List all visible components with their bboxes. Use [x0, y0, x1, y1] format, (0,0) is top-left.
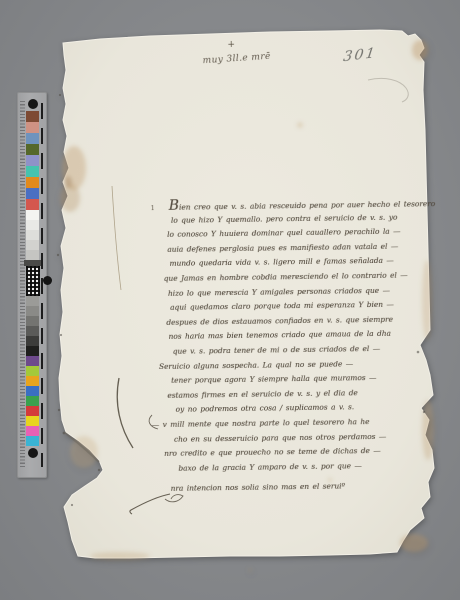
manuscript-line: nra intencion nos solia sino mas en el s… — [171, 478, 433, 496]
heading-inscription: muy 3ll.e mrē — [202, 52, 271, 66]
folio-number: 301 — [342, 45, 377, 65]
page-content: + muy 3ll.e mrē 301 1 Bien creo que v. s… — [0, 0, 460, 600]
heading-cross: + — [227, 40, 235, 50]
manuscript-line: baxo de la gracia Y amparo de v. s. por … — [178, 458, 432, 476]
manuscript-text-block: Bien creo que v. s. abia resceuido pena … — [157, 195, 433, 497]
margin-mark: 1 — [151, 205, 155, 212]
photograph-background: + muy 3ll.e mrē 301 1 Bien creo que v. s… — [0, 0, 460, 600]
